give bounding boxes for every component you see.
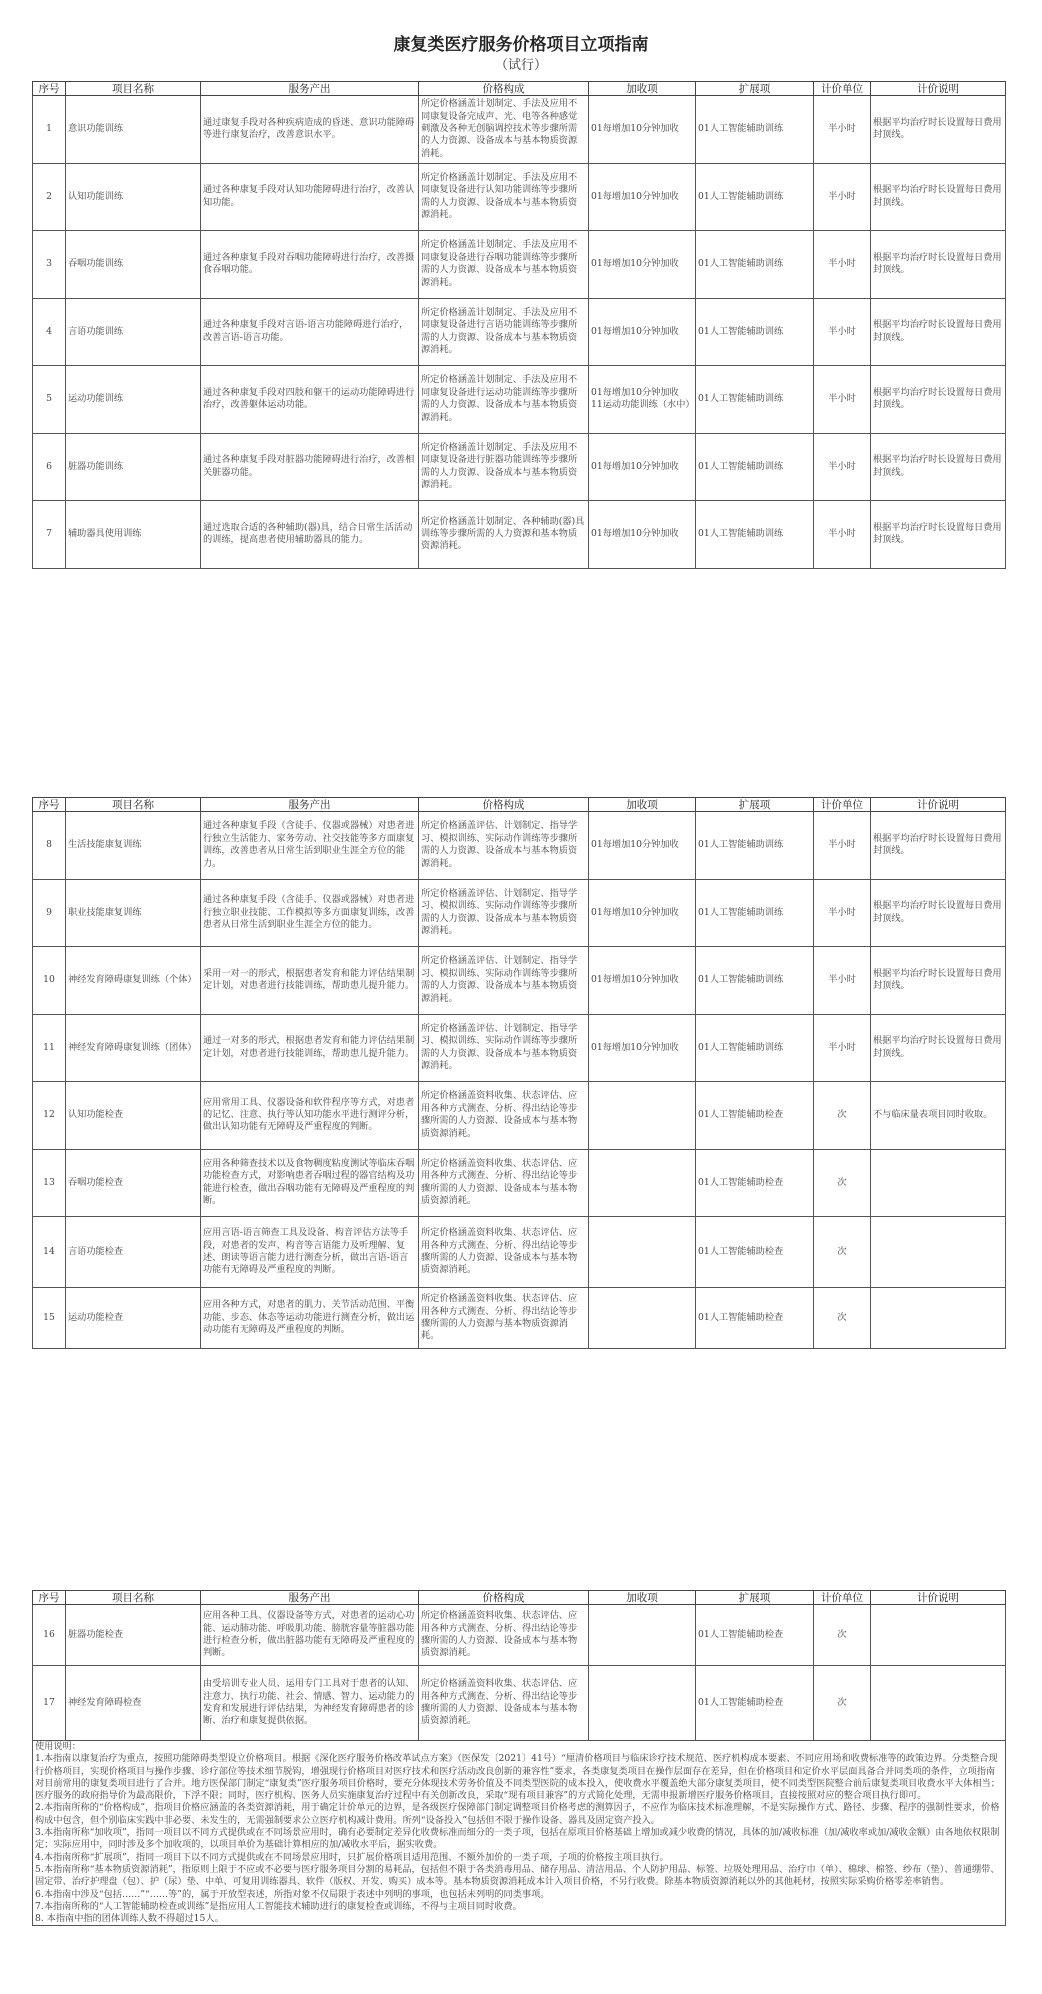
col-no: 7 (33, 501, 66, 569)
header-col-note: 计价说明 (871, 1591, 1006, 1605)
header-col-no: 序号 (33, 1591, 66, 1605)
col-price: 所定价格涵盖评估、计划制定、指导学习、模拟训练、实际动作训练等步骤所需的人力资源… (419, 947, 589, 1015)
col-no: 12 (33, 1082, 66, 1150)
col-name: 运动功能检查 (66, 1288, 201, 1349)
header-col-extension: 扩展项 (696, 798, 814, 812)
col-output: 通过各种康复手段对吞咽功能障碍进行治疗，改善摄食吞咽功能。 (201, 231, 419, 299)
header-col-no: 序号 (33, 82, 66, 96)
col-no: 9 (33, 879, 66, 947)
col-name: 神经发育障碍检查 (66, 1666, 201, 1741)
document-title: 康复类医疗服务价格项目立项指南 (0, 30, 1042, 55)
usage-note-item: 6.本指南中涉及“包括……”“……等”的，属于开放型表述，所指对象不仅局限于表述… (35, 1889, 1003, 1901)
col-unit: 半小时 (814, 231, 871, 299)
table-row: 2认知功能训练通过各种康复手段对认知功能障碍进行治疗，改善认知功能。所定价格涵盖… (33, 163, 1006, 231)
col-note: 根据平均治疗时长设置每日费用封顶线。 (871, 879, 1006, 947)
header-col-no: 序号 (33, 798, 66, 812)
col-note: 根据平均治疗时长设置每日费用封顶线。 (871, 947, 1006, 1015)
table-row: 11神经发育障碍康复训练（团体）通过一对多的形式，根据患者发育和能力评估结果制定… (33, 1014, 1006, 1082)
col-price: 所定价格涵盖计划制定、手法及应用不同康复设备进行言语功能训练等步骤所需的人力资源… (419, 298, 589, 366)
col-extension: 01人工智能辅助训练 (696, 1014, 814, 1082)
col-note: 根据平均治疗时长设置每日费用封顶线。 (871, 96, 1006, 164)
header-col-output: 服务产出 (201, 798, 419, 812)
header-col-price: 价格构成 (419, 82, 589, 96)
col-price: 所定价格涵盖评估、计划制定、指导学习、模拟训练、实际动作训练等步骤所需的人力资源… (419, 812, 589, 880)
col-extension: 01人工智能辅助训练 (696, 433, 814, 501)
col-name: 辅助器具使用训练 (66, 501, 201, 569)
col-surcharge (589, 1288, 696, 1349)
col-surcharge (589, 1666, 696, 1741)
table-row: 3吞咽功能训练通过各种康复手段对吞咽功能障碍进行治疗，改善摄食吞咽功能。所定价格… (33, 231, 1006, 299)
col-surcharge (589, 1149, 696, 1217)
col-surcharge: 01每增加10分钟加收 (589, 1014, 696, 1082)
usage-note-item: 4.本指南所称“扩展项”，指同一项目下以不同方式提供或在不同场景应用时，只扩展价… (35, 1852, 1003, 1864)
header-col-note: 计价说明 (871, 82, 1006, 96)
col-extension: 01人工智能辅助训练 (696, 501, 814, 569)
col-surcharge (589, 1605, 696, 1666)
col-name: 言语功能训练 (66, 298, 201, 366)
pricing-table-page-2: 序号项目名称服务产出价格构成加收项扩展项计价单位计价说明8生活技能康复训练通过各… (32, 797, 1006, 1349)
table-header-row: 序号项目名称服务产出价格构成加收项扩展项计价单位计价说明 (33, 1591, 1006, 1605)
col-no: 11 (33, 1014, 66, 1082)
col-extension: 01人工智能辅助检查 (696, 1288, 814, 1349)
col-extension: 01人工智能辅助训练 (696, 947, 814, 1015)
col-note: 根据平均治疗时长设置每日费用封顶线。 (871, 501, 1006, 569)
col-name: 生活技能康复训练 (66, 812, 201, 880)
col-extension: 01人工智能辅助训练 (696, 163, 814, 231)
header-col-note: 计价说明 (871, 798, 1006, 812)
col-surcharge: 01每增加10分钟加收11运动功能训练（水中） (589, 366, 696, 434)
col-no: 1 (33, 96, 66, 164)
table-row: 16脏器功能检查应用各种工具、仪器设备等方式，对患者的运动心功能、运动肺功能、呼… (33, 1605, 1006, 1666)
col-unit: 半小时 (814, 433, 871, 501)
col-surcharge: 01每增加10分钟加收 (589, 298, 696, 366)
table-row: 15运动功能检查应用各种方式，对患者的肌力、关节活动范围、平衡功能、步态、体态等… (33, 1288, 1006, 1349)
col-output: 通过各种康复手段对言语-语言功能障碍进行治疗，改善言语-语言功能。 (201, 298, 419, 366)
header-col-output: 服务产出 (201, 82, 419, 96)
col-surcharge: 01每增加10分钟加收 (589, 163, 696, 231)
col-name: 认知功能检查 (66, 1082, 201, 1150)
usage-note-item: 2.本指南所称的“价格构成”，指项目价格应涵盖的各类资源消耗，用于确定计价单元的… (35, 1802, 1003, 1827)
col-extension: 01人工智能辅助检查 (696, 1082, 814, 1150)
col-note (871, 1217, 1006, 1288)
pricing-table-page-3: 序号项目名称服务产出价格构成加收项扩展项计价单位计价说明16脏器功能检查应用各种… (32, 1590, 1006, 1926)
col-name: 脏器功能检查 (66, 1605, 201, 1666)
col-unit: 半小时 (814, 947, 871, 1015)
col-no: 14 (33, 1217, 66, 1288)
col-unit: 次 (814, 1149, 871, 1217)
table-row: 5运动功能训练通过各种康复手段对四肢和躯干的运动功能障碍进行治疗，改善躯体运动功… (33, 366, 1006, 434)
col-no: 2 (33, 163, 66, 231)
col-extension: 01人工智能辅助训练 (696, 879, 814, 947)
col-unit: 半小时 (814, 812, 871, 880)
usage-notes-heading: 使用说明： (35, 1741, 1003, 1753)
col-unit: 次 (814, 1605, 871, 1666)
table-header-row: 序号项目名称服务产出价格构成加收项扩展项计价单位计价说明 (33, 798, 1006, 812)
col-no: 13 (33, 1149, 66, 1217)
document-subtitle: （试行） (0, 54, 1042, 73)
col-no: 17 (33, 1666, 66, 1741)
col-name: 言语功能检查 (66, 1217, 201, 1288)
table-row: 17神经发育障碍检查由受培训专业人员、运用专门工具对于患者的认知、注意力、执行功… (33, 1666, 1006, 1741)
header-col-surcharge: 加收项 (589, 82, 696, 96)
col-price: 所定价格涵盖评估、计划制定、指导学习、模拟训练、实际动作训练等步骤所需的人力资源… (419, 879, 589, 947)
col-extension: 01人工智能辅助检查 (696, 1605, 814, 1666)
col-output: 应用各种筛查技术以及食物稠度粘度测试等临床吞咽功能检查方式，对影响患者吞咽过程的… (201, 1149, 419, 1217)
col-name: 脏器功能训练 (66, 433, 201, 501)
col-unit: 半小时 (814, 1014, 871, 1082)
col-surcharge: 01每增加10分钟加收 (589, 501, 696, 569)
col-unit: 次 (814, 1288, 871, 1349)
col-no: 8 (33, 812, 66, 880)
pricing-table-page-1: 序号项目名称服务产出价格构成加收项扩展项计价单位计价说明1意识功能训练通过康复手… (32, 81, 1006, 569)
header-col-extension: 扩展项 (696, 1591, 814, 1605)
col-extension: 01人工智能辅助训练 (696, 812, 814, 880)
col-output: 应用各种工具、仪器设备等方式，对患者的运动心功能、运动肺功能、呼吸肌功能、膀胱容… (201, 1605, 419, 1666)
col-note: 根据平均治疗时长设置每日费用封顶线。 (871, 163, 1006, 231)
col-output: 通过康复手段对各种疾病造成的昏迷、意识功能障碍等进行康复治疗，改善意识水平。 (201, 96, 419, 164)
col-name: 神经发育障碍康复训练（团体） (66, 1014, 201, 1082)
usage-notes-row: 使用说明：1.本指南以康复治疗为重点，按照功能障碍类型设立价格项目。根据《深化医… (33, 1741, 1006, 1926)
col-surcharge: 01每增加10分钟加收 (589, 231, 696, 299)
header-col-output: 服务产出 (201, 1591, 419, 1605)
col-note: 根据平均治疗时长设置每日费用封顶线。 (871, 433, 1006, 501)
col-output: 应用言语-语言筛查工具及设备、构音评估方法等手段，对患者的发声、构音等言语能力及… (201, 1217, 419, 1288)
col-name: 运动功能训练 (66, 366, 201, 434)
table-row: 7辅助器具使用训练通过选取合适的各种辅助(器)具，结合日常生活活动的训练，提高患… (33, 501, 1006, 569)
usage-note-item: 7.本指南所称的“人工智能辅助检查或训练”是指应用人工智能技术辅助进行的康复检查… (35, 1901, 1003, 1913)
col-extension: 01人工智能辅助训练 (696, 231, 814, 299)
col-output: 通过一对多的形式，根据患者发育和能力评估结果制定计划，对患者进行技能训练，帮助患… (201, 1014, 419, 1082)
usage-note-item: 3.本指南所称“加收项”，指同一项目以不同方式提供或在不同场景应用时，确有必要制… (35, 1827, 1003, 1852)
col-name: 吞咽功能训练 (66, 231, 201, 299)
col-unit: 半小时 (814, 501, 871, 569)
table-row: 4言语功能训练通过各种康复手段对言语-语言功能障碍进行治疗，改善言语-语言功能。… (33, 298, 1006, 366)
col-output: 通过各种康复手段对四肢和躯干的运动功能障碍进行治疗，改善躯体运动功能。 (201, 366, 419, 434)
header-col-name: 项目名称 (66, 82, 201, 96)
table-row: 13吞咽功能检查应用各种筛查技术以及食物稠度粘度测试等临床吞咽功能检查方式，对影… (33, 1149, 1006, 1217)
col-surcharge: 01每增加10分钟加收 (589, 812, 696, 880)
col-no: 5 (33, 366, 66, 434)
col-surcharge: 01每增加10分钟加收 (589, 433, 696, 501)
col-name: 意识功能训练 (66, 96, 201, 164)
col-output: 通过选取合适的各种辅助(器)具，结合日常生活活动的训练，提高患者使用辅助器具的能… (201, 501, 419, 569)
col-extension: 01人工智能辅助检查 (696, 1666, 814, 1741)
col-extension: 01人工智能辅助检查 (696, 1217, 814, 1288)
table-row: 10神经发育障碍康复训练（个体）采用一对一的形式，根据患者发育和能力评估结果制定… (33, 947, 1006, 1015)
col-note: 根据平均治疗时长设置每日费用封顶线。 (871, 231, 1006, 299)
col-price: 所定价格涵盖资料收集、状态评估、应用各种方式测查、分析、得出结论等步骤所需的人力… (419, 1605, 589, 1666)
col-note (871, 1605, 1006, 1666)
table-row: 1意识功能训练通过康复手段对各种疾病造成的昏迷、意识功能障碍等进行康复治疗，改善… (33, 96, 1006, 164)
col-note (871, 1288, 1006, 1349)
col-no: 15 (33, 1288, 66, 1349)
header-col-unit: 计价单位 (814, 1591, 871, 1605)
col-extension: 01人工智能辅助检查 (696, 1149, 814, 1217)
col-unit: 次 (814, 1217, 871, 1288)
col-no: 16 (33, 1605, 66, 1666)
col-note (871, 1149, 1006, 1217)
col-output: 由受培训专业人员、运用专门工具对于患者的认知、注意力、执行功能、社会、情感、智力… (201, 1666, 419, 1741)
col-price: 所定价格涵盖计划制定、手法及应用不同康复设备完成声、光、电等各种感觉刺激及各种无… (419, 96, 589, 164)
header-col-price: 价格构成 (419, 798, 589, 812)
col-price: 所定价格涵盖资料收集、状态评估、应用各种方式测查、分析、得出结论等步骤所需的人力… (419, 1149, 589, 1217)
header-col-surcharge: 加收项 (589, 798, 696, 812)
col-output: 应用常用工具、仪器设备和软件程序等方式，对患者的记忆、注意、执行等认知功能水平进… (201, 1082, 419, 1150)
col-price: 所定价格涵盖计划制定、手法及应用不同康复设备进行脏器功能训练等步骤所需的人力资源… (419, 433, 589, 501)
table-row: 6脏器功能训练通过各种康复手段对脏器功能障碍进行治疗，改善相关脏器功能。所定价格… (33, 433, 1006, 501)
col-price: 所定价格涵盖评估、计划制定、指导学习、模拟训练、实际动作训练等步骤所需的人力资源… (419, 1014, 589, 1082)
header-col-surcharge: 加收项 (589, 1591, 696, 1605)
col-note (871, 1666, 1006, 1741)
col-surcharge (589, 1217, 696, 1288)
col-note: 根据平均治疗时长设置每日费用封顶线。 (871, 366, 1006, 434)
table-row: 8生活技能康复训练通过各种康复手段（含徒手、仪器或器械）对患者进行独立生活能力、… (33, 812, 1006, 880)
col-unit: 次 (814, 1082, 871, 1150)
col-note: 不与临床量表项目同时收取。 (871, 1082, 1006, 1150)
col-extension: 01人工智能辅助训练 (696, 366, 814, 434)
header-col-unit: 计价单位 (814, 82, 871, 96)
col-output: 通过各种康复手段对脏器功能障碍进行治疗，改善相关脏器功能。 (201, 433, 419, 501)
col-output: 通过各种康复手段对认知功能障碍进行治疗，改善认知功能。 (201, 163, 419, 231)
col-surcharge: 01每增加10分钟加收 (589, 96, 696, 164)
col-surcharge: 01每增加10分钟加收 (589, 947, 696, 1015)
col-unit: 半小时 (814, 879, 871, 947)
col-note: 根据平均治疗时长设置每日费用封顶线。 (871, 812, 1006, 880)
col-price: 所定价格涵盖资料收集、状态评估、应用各种方式测查、分析、得出结论等步骤所需的人力… (419, 1082, 589, 1150)
col-price: 所定价格涵盖资料收集、状态评估、应用各种方式测查、分析、得出结论等步骤所需的人力… (419, 1217, 589, 1288)
col-output: 通过各种康复手段（含徒手、仪器或器械）对患者进行独立职业技能、工作模拟等多方面康… (201, 879, 419, 947)
usage-notes: 使用说明：1.本指南以康复治疗为重点，按照功能障碍类型设立价格项目。根据《深化医… (33, 1741, 1006, 1926)
header-col-name: 项目名称 (66, 798, 201, 812)
header-col-price: 价格构成 (419, 1591, 589, 1605)
col-surcharge (589, 1082, 696, 1150)
col-output: 采用一对一的形式，根据患者发育和能力评估结果制定计划，对患者进行技能训练，帮助患… (201, 947, 419, 1015)
col-unit: 半小时 (814, 298, 871, 366)
header-col-extension: 扩展项 (696, 82, 814, 96)
col-extension: 01人工智能辅助训练 (696, 298, 814, 366)
col-unit: 次 (814, 1666, 871, 1741)
col-name: 职业技能康复训练 (66, 879, 201, 947)
col-no: 6 (33, 433, 66, 501)
table-row: 14言语功能检查应用言语-语言筛查工具及设备、构音评估方法等手段，对患者的发声、… (33, 1217, 1006, 1288)
usage-note-item: 8. 本指南中指的团体训练人数不得超过15人。 (35, 1913, 1003, 1925)
table-row: 9职业技能康复训练通过各种康复手段（含徒手、仪器或器械）对患者进行独立职业技能、… (33, 879, 1006, 947)
header-col-unit: 计价单位 (814, 798, 871, 812)
col-no: 4 (33, 298, 66, 366)
col-name: 吞咽功能检查 (66, 1149, 201, 1217)
col-unit: 半小时 (814, 96, 871, 164)
header-col-name: 项目名称 (66, 1591, 201, 1605)
col-price: 所定价格涵盖计划制定、各种辅助(器)具训练等步骤所需的人力资源和基本物质资源消耗… (419, 501, 589, 569)
col-price: 所定价格涵盖计划制定、手法及应用不同康复设备进行运动功能训练等步骤所需的人力资源… (419, 366, 589, 434)
col-no: 10 (33, 947, 66, 1015)
usage-note-item: 5.本指南所称“基本物质资源消耗”，指原则上限于不应或不必要与医疗服务项目分割的… (35, 1864, 1003, 1889)
col-note: 根据平均治疗时长设置每日费用封顶线。 (871, 298, 1006, 366)
usage-note-item: 1.本指南以康复治疗为重点，按照功能障碍类型设立价格项目。根据《深化医疗服务价格… (35, 1753, 1003, 1802)
col-price: 所定价格涵盖计划制定、手法及应用不同康复设备进行认知功能训练等步骤所需的人力资源… (419, 163, 589, 231)
col-no: 3 (33, 231, 66, 299)
col-name: 神经发育障碍康复训练（个体） (66, 947, 201, 1015)
col-surcharge: 01每增加10分钟加收 (589, 879, 696, 947)
col-name: 认知功能训练 (66, 163, 201, 231)
col-price: 所定价格涵盖资料收集、状态评估、应用各种方式测查、分析、得出结论等步骤所需的人力… (419, 1288, 589, 1349)
col-output: 通过各种康复手段（含徒手、仪器或器械）对患者进行独立生活能力、家务劳动、社交技能… (201, 812, 419, 880)
col-unit: 半小时 (814, 163, 871, 231)
col-extension: 01人工智能辅助训练 (696, 96, 814, 164)
table-header-row: 序号项目名称服务产出价格构成加收项扩展项计价单位计价说明 (33, 82, 1006, 96)
col-price: 所定价格涵盖计划制定、手法及应用不同康复设备进行吞咽功能训练等步骤所需的人力资源… (419, 231, 589, 299)
col-price: 所定价格涵盖资料收集、状态评估、应用各种方式测查、分析、得出结论等步骤所需的人力… (419, 1666, 589, 1741)
table-row: 12认知功能检查应用常用工具、仪器设备和软件程序等方式，对患者的记忆、注意、执行… (33, 1082, 1006, 1150)
col-output: 应用各种方式，对患者的肌力、关节活动范围、平衡功能、步态、体态等运动功能进行测查… (201, 1288, 419, 1349)
col-unit: 半小时 (814, 366, 871, 434)
col-note: 根据平均治疗时长设置每日费用封顶线。 (871, 1014, 1006, 1082)
